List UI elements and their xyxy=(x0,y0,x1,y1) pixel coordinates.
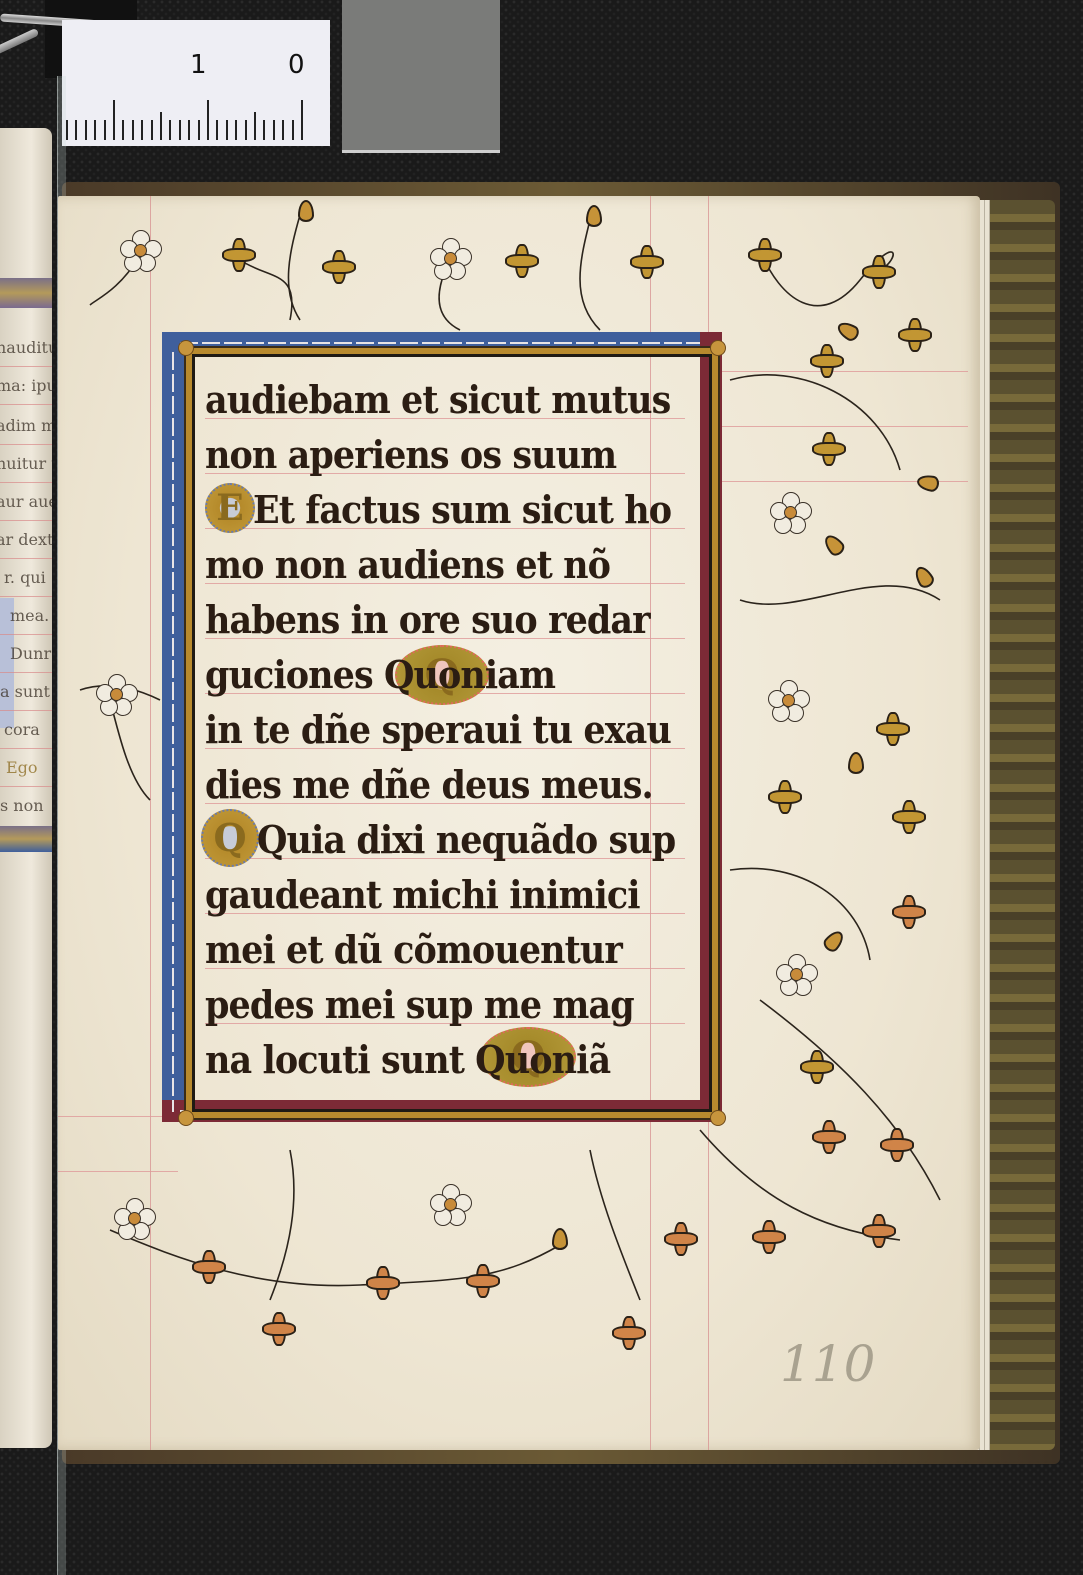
text-line: habens in ore suo redar xyxy=(205,593,650,647)
text-line: na locuti sunt Quoniã xyxy=(205,1033,610,1087)
illuminated-initial: E xyxy=(205,483,255,533)
gold-knob xyxy=(710,1110,726,1126)
white-flower-icon xyxy=(96,674,136,714)
orange-quatrefoil-icon xyxy=(366,1266,400,1300)
gold-quatrefoil-icon xyxy=(768,780,802,814)
white-flower-icon xyxy=(770,492,810,532)
gold-knob xyxy=(710,340,726,356)
gold-trefoil-icon xyxy=(862,255,896,289)
text-line: mo non audiens et nõ xyxy=(205,538,610,592)
gold-quatrefoil-icon xyxy=(322,250,356,284)
text-line: dies me dñe deus meus. xyxy=(205,758,653,812)
white-flower-icon xyxy=(430,238,470,278)
folio-number: 110 xyxy=(780,1335,875,1393)
orange-quatrefoil-icon xyxy=(262,1312,296,1346)
text-line: gaudeant michi inimici xyxy=(205,868,640,922)
gold-quatrefoil-icon xyxy=(892,800,926,834)
orange-quatrefoil-icon xyxy=(880,1128,914,1162)
illuminated-initial: Q xyxy=(201,809,259,867)
text-line: mei et dũ cõmouentur xyxy=(205,923,622,977)
text-line: Et factus sum sicut ho xyxy=(253,483,671,537)
orange-trefoil-icon xyxy=(752,1220,786,1254)
gold-trefoil-icon xyxy=(810,344,844,378)
gold-quatrefoil-icon xyxy=(222,238,256,272)
gold-quatrefoil-icon xyxy=(898,318,932,352)
orange-trefoil-icon xyxy=(812,1120,846,1154)
orange-trefoil-icon xyxy=(192,1250,226,1284)
orange-trefoil-icon xyxy=(466,1264,500,1298)
gold-knob xyxy=(178,340,194,356)
white-vine-pattern xyxy=(180,342,700,344)
text-block: audiebam et sicut mutus non aperiens os … xyxy=(205,365,695,1085)
text-line: pedes mei sup me mag xyxy=(205,978,634,1032)
gold-quatrefoil-icon xyxy=(876,712,910,746)
white-vine-pattern xyxy=(172,352,174,1112)
gold-quatrefoil-icon xyxy=(812,432,846,466)
text-line: Quia dixi nequãdo sup xyxy=(257,813,675,867)
orange-trefoil-icon xyxy=(862,1214,896,1248)
orange-quatrefoil-icon xyxy=(892,895,926,929)
text-line: non aperiens os suum xyxy=(205,428,616,482)
white-flower-icon xyxy=(768,680,808,720)
gold-knob xyxy=(178,1110,194,1126)
white-flower-icon xyxy=(430,1184,470,1224)
orange-quatrefoil-icon xyxy=(664,1222,698,1256)
text-line: in te dñe speraui tu exau xyxy=(205,703,671,757)
text-line: audiebam et sicut mutus xyxy=(205,373,670,427)
gold-quatrefoil-icon xyxy=(630,245,664,279)
white-flower-icon xyxy=(114,1198,154,1238)
gold-trefoil-icon xyxy=(748,238,782,272)
orange-quatrefoil-icon xyxy=(612,1316,646,1350)
white-flower-icon xyxy=(120,230,160,270)
white-flower-icon xyxy=(776,954,816,994)
text-line: guciones Quoniam xyxy=(205,648,555,702)
gold-quatrefoil-icon xyxy=(505,244,539,278)
gold-quatrefoil-icon xyxy=(800,1050,834,1084)
